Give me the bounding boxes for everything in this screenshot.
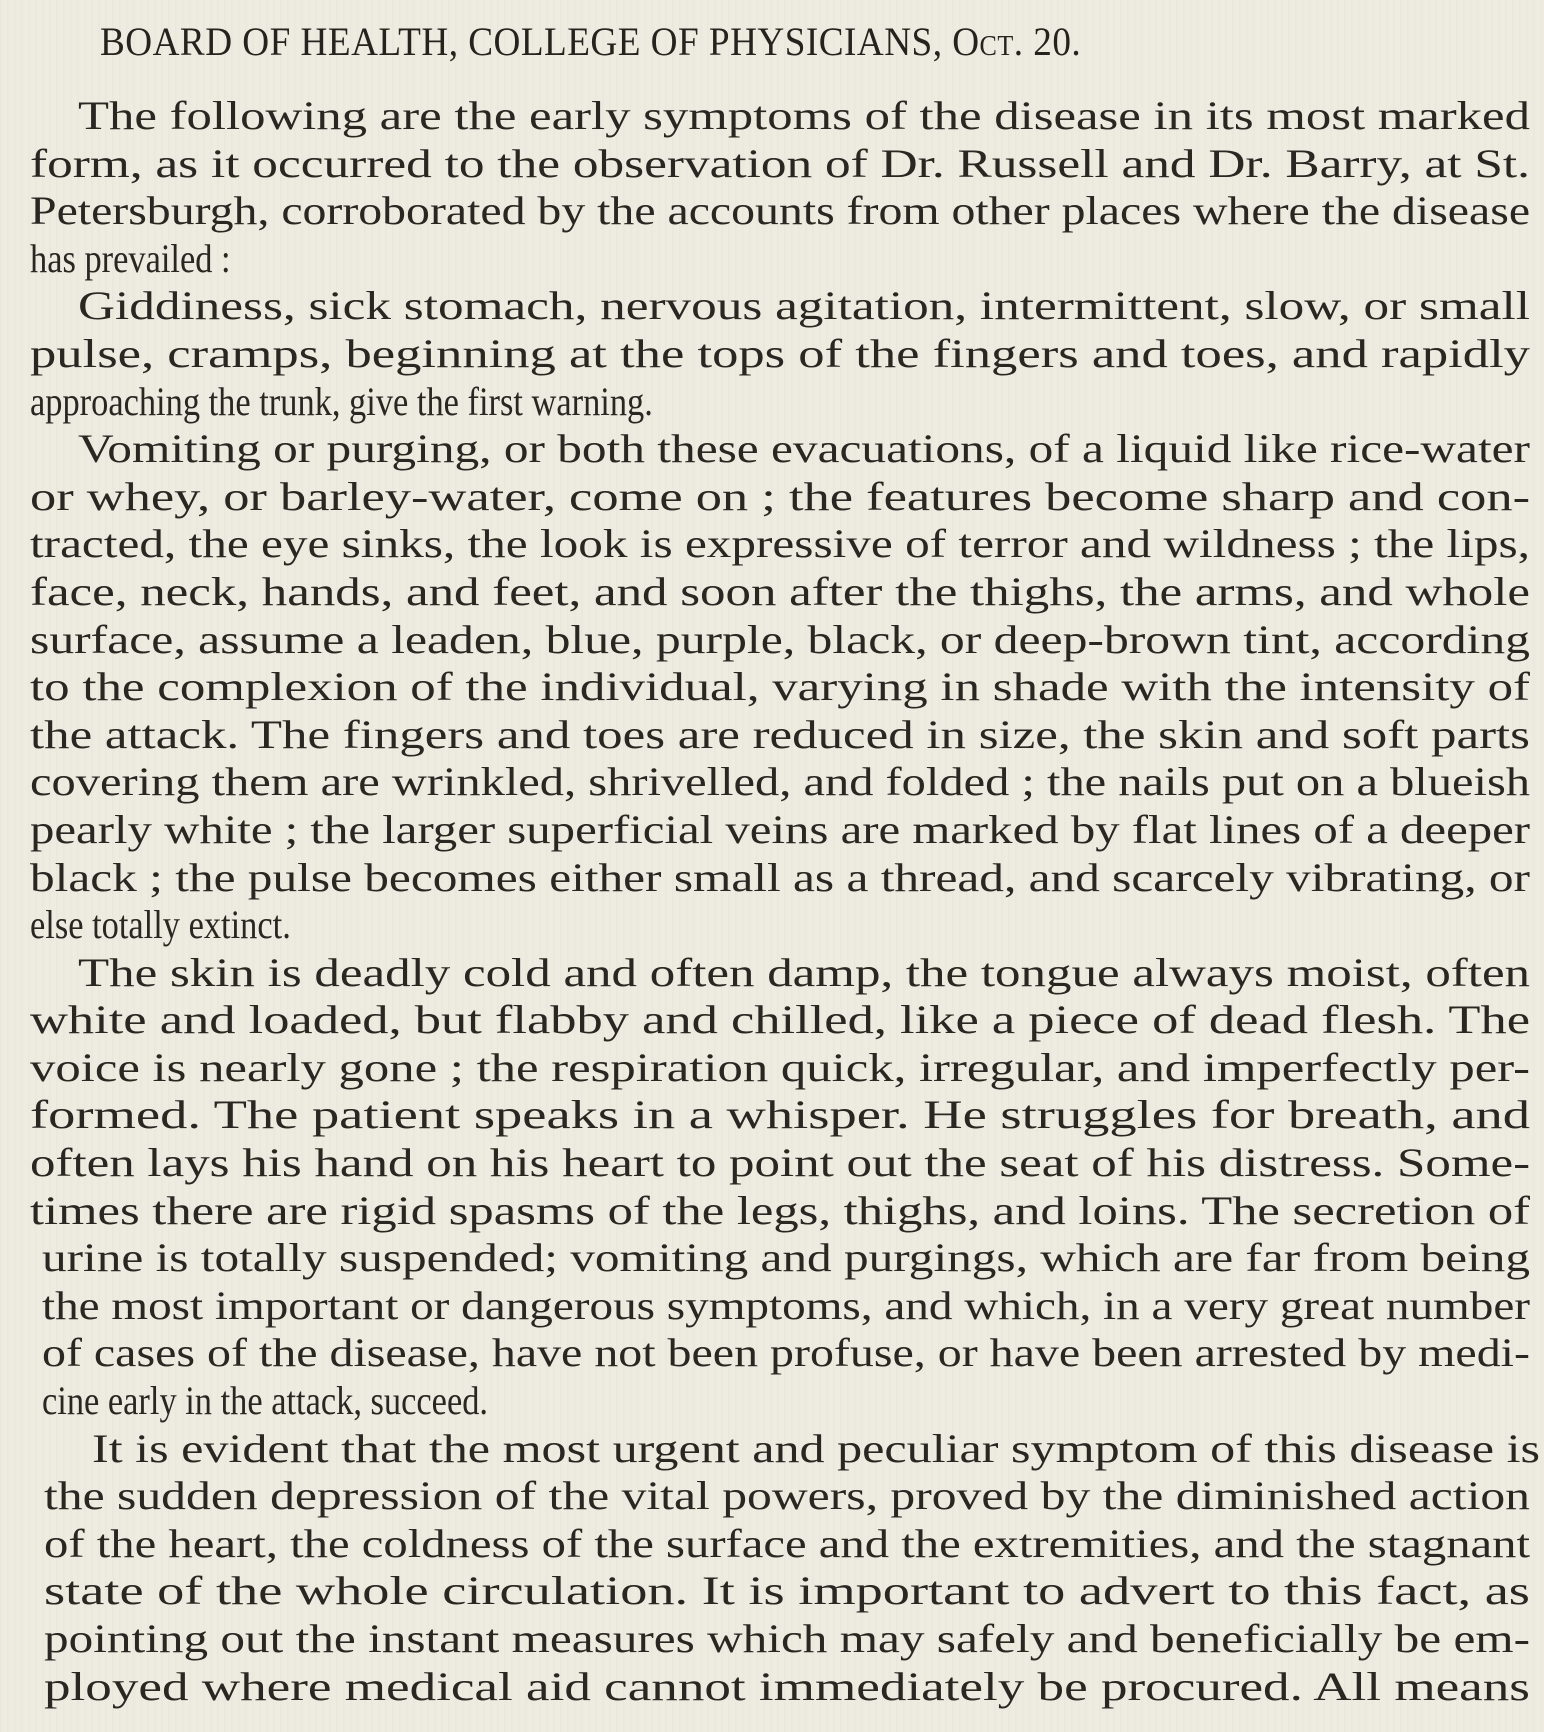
text-line: urine is totally suspended; vomiting and… bbox=[30, 1234, 1530, 1282]
text-line: often lays his hand on his heart to poin… bbox=[30, 1139, 1530, 1187]
paragraph-early-symptoms-intro: The following are the early symptoms of … bbox=[30, 92, 1530, 282]
text-line: has prevailed : bbox=[30, 235, 1530, 283]
text-line: face, neck, hands, and feet, and soon af… bbox=[30, 568, 1530, 616]
text-line: The skin is deadly cold and often damp, … bbox=[30, 949, 1530, 997]
text-line: pointing out the instant measures which … bbox=[30, 1615, 1530, 1663]
text-line: the attack. The fingers and toes are red… bbox=[30, 711, 1530, 759]
text-line: of the heart, the coldness of the surfac… bbox=[30, 1520, 1530, 1568]
paragraph-vital-powers: It is evident that the most urgent and p… bbox=[30, 1425, 1530, 1711]
text-line: form, as it occurred to the observation … bbox=[30, 140, 1530, 188]
text-line: state of the whole circulation. It is im… bbox=[30, 1567, 1530, 1615]
text-line: times there are rigid spasms of the legs… bbox=[30, 1187, 1530, 1235]
text-line: pulse, cramps, beginning at the tops of … bbox=[30, 330, 1530, 378]
document-body: The following are the early symptoms of … bbox=[30, 92, 1530, 1710]
paragraph-vomiting-purging: Vomiting or purging, or both these evacu… bbox=[30, 425, 1530, 949]
text-line: It is evident that the most urgent and p… bbox=[30, 1425, 1540, 1473]
title-main: BOARD OF HEALTH, COLLEGE OF PHYSICIANS, bbox=[100, 19, 942, 64]
text-line: The following are the early symptoms of … bbox=[30, 92, 1530, 140]
text-line: to the complexion of the individual, var… bbox=[30, 663, 1530, 711]
text-line: cine early in the attack, succeed. bbox=[30, 1377, 1530, 1425]
text-line: the sudden depression of the vital power… bbox=[30, 1472, 1530, 1520]
text-line: approaching the trunk, give the first wa… bbox=[30, 378, 1530, 426]
text-line: surface, assume a leaden, blue, purple, … bbox=[30, 616, 1530, 664]
text-line: ployed where medical aid cannot immediat… bbox=[30, 1663, 1530, 1711]
title-date: Oct. 20. bbox=[952, 19, 1081, 64]
page-title: BOARD OF HEALTH, COLLEGE OF PHYSICIANS, … bbox=[100, 14, 1365, 70]
scanned-page: BOARD OF HEALTH, COLLEGE OF PHYSICIANS, … bbox=[0, 0, 1544, 1732]
text-line: of cases of the disease, have not been p… bbox=[30, 1329, 1530, 1377]
text-line: Vomiting or purging, or both these evacu… bbox=[30, 425, 1530, 473]
paragraph-skin-cold: The skin is deadly cold and often damp, … bbox=[30, 949, 1530, 1425]
text-line: black ; the pulse becomes either small a… bbox=[30, 854, 1530, 902]
text-line: covering them are wrinkled, shrivelled, … bbox=[30, 758, 1530, 806]
text-line: voice is nearly gone ; the respiration q… bbox=[30, 1044, 1530, 1092]
text-line: the most important or dangerous symptoms… bbox=[30, 1282, 1530, 1330]
text-line: tracted, the eye sinks, the look is expr… bbox=[30, 520, 1530, 568]
text-line: or whey, or barley-water, come on ; the … bbox=[30, 473, 1530, 521]
text-line: Petersburgh, corroborated by the account… bbox=[30, 187, 1530, 235]
text-line: formed. The patient speaks in a whisper.… bbox=[30, 1091, 1530, 1139]
text-line: Giddiness, sick stomach, nervous agitati… bbox=[30, 282, 1530, 330]
text-line: white and loaded, but flabby and chilled… bbox=[30, 996, 1530, 1044]
paragraph-first-warning: Giddiness, sick stomach, nervous agitati… bbox=[30, 282, 1530, 425]
text-line: else totally extinct. bbox=[30, 901, 1530, 949]
text-line: pearly white ; the larger superficial ve… bbox=[30, 806, 1530, 854]
